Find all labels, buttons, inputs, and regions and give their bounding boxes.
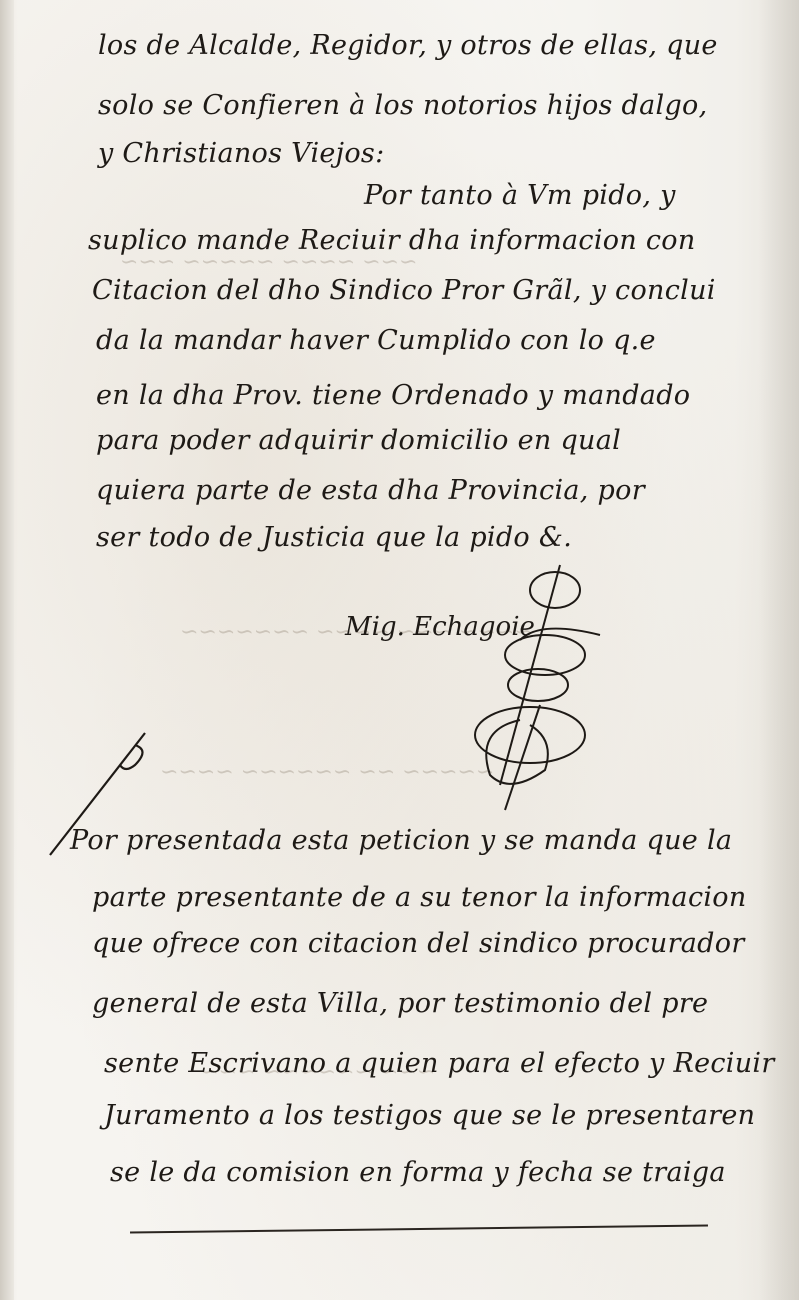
decree-line: Juramento a los testigos que se le prese… — [104, 1100, 755, 1131]
closing-rule — [130, 1224, 708, 1233]
manuscript-page: ~~~ ~~~~ ~~~~~ ~~~ ~~~~ ~~~ ~~~~ ~~~~~~~… — [0, 0, 799, 1300]
decree-line: parte presentante de a su tenor la infor… — [92, 882, 747, 913]
petition-line: da la mandar haver Cumplido con lo q.e — [96, 325, 656, 356]
binding-edge — [0, 0, 14, 1300]
decree-line: que ofrece con citacion del sindico proc… — [92, 928, 745, 959]
petition-line: ser todo de Justicia que la pido &. — [96, 522, 572, 553]
petition-line: suplico mande Reciuir dha informacion co… — [88, 225, 696, 256]
petition-line: Citacion del dho Sindico Pror Grãl, y co… — [92, 275, 716, 306]
petition-line: los de Alcalde, Regidor, y otros de ella… — [98, 30, 718, 61]
petition-line: solo se Confieren à los notorios hijos d… — [98, 90, 708, 121]
petition-line: quiera parte de esta dha Provincia, por — [96, 475, 645, 506]
rubric-mark-icon — [460, 700, 570, 820]
petition-line: en la dha Prov. tiene Ordenado y mandado — [96, 380, 690, 411]
petition-line: para poder adquirir domicilio en qual — [96, 425, 621, 456]
decree-line: sente Escrivano a quien para el efecto y… — [104, 1048, 775, 1079]
bleed-through-text: ~~~~~ ~~ ~~~~~~ ~~~~ — [160, 760, 494, 785]
decree-line: se le da comision en forma y fecha se tr… — [110, 1157, 726, 1188]
worn-right-edge — [759, 0, 799, 1300]
decree-line: Por presentada esta peticion y se manda … — [70, 825, 732, 856]
petition-line: Por tanto à Vm pido, y — [364, 180, 676, 211]
decree-line: general de esta Villa, por testimonio de… — [92, 988, 708, 1019]
petition-line: y Christianos Viejos: — [98, 138, 384, 169]
